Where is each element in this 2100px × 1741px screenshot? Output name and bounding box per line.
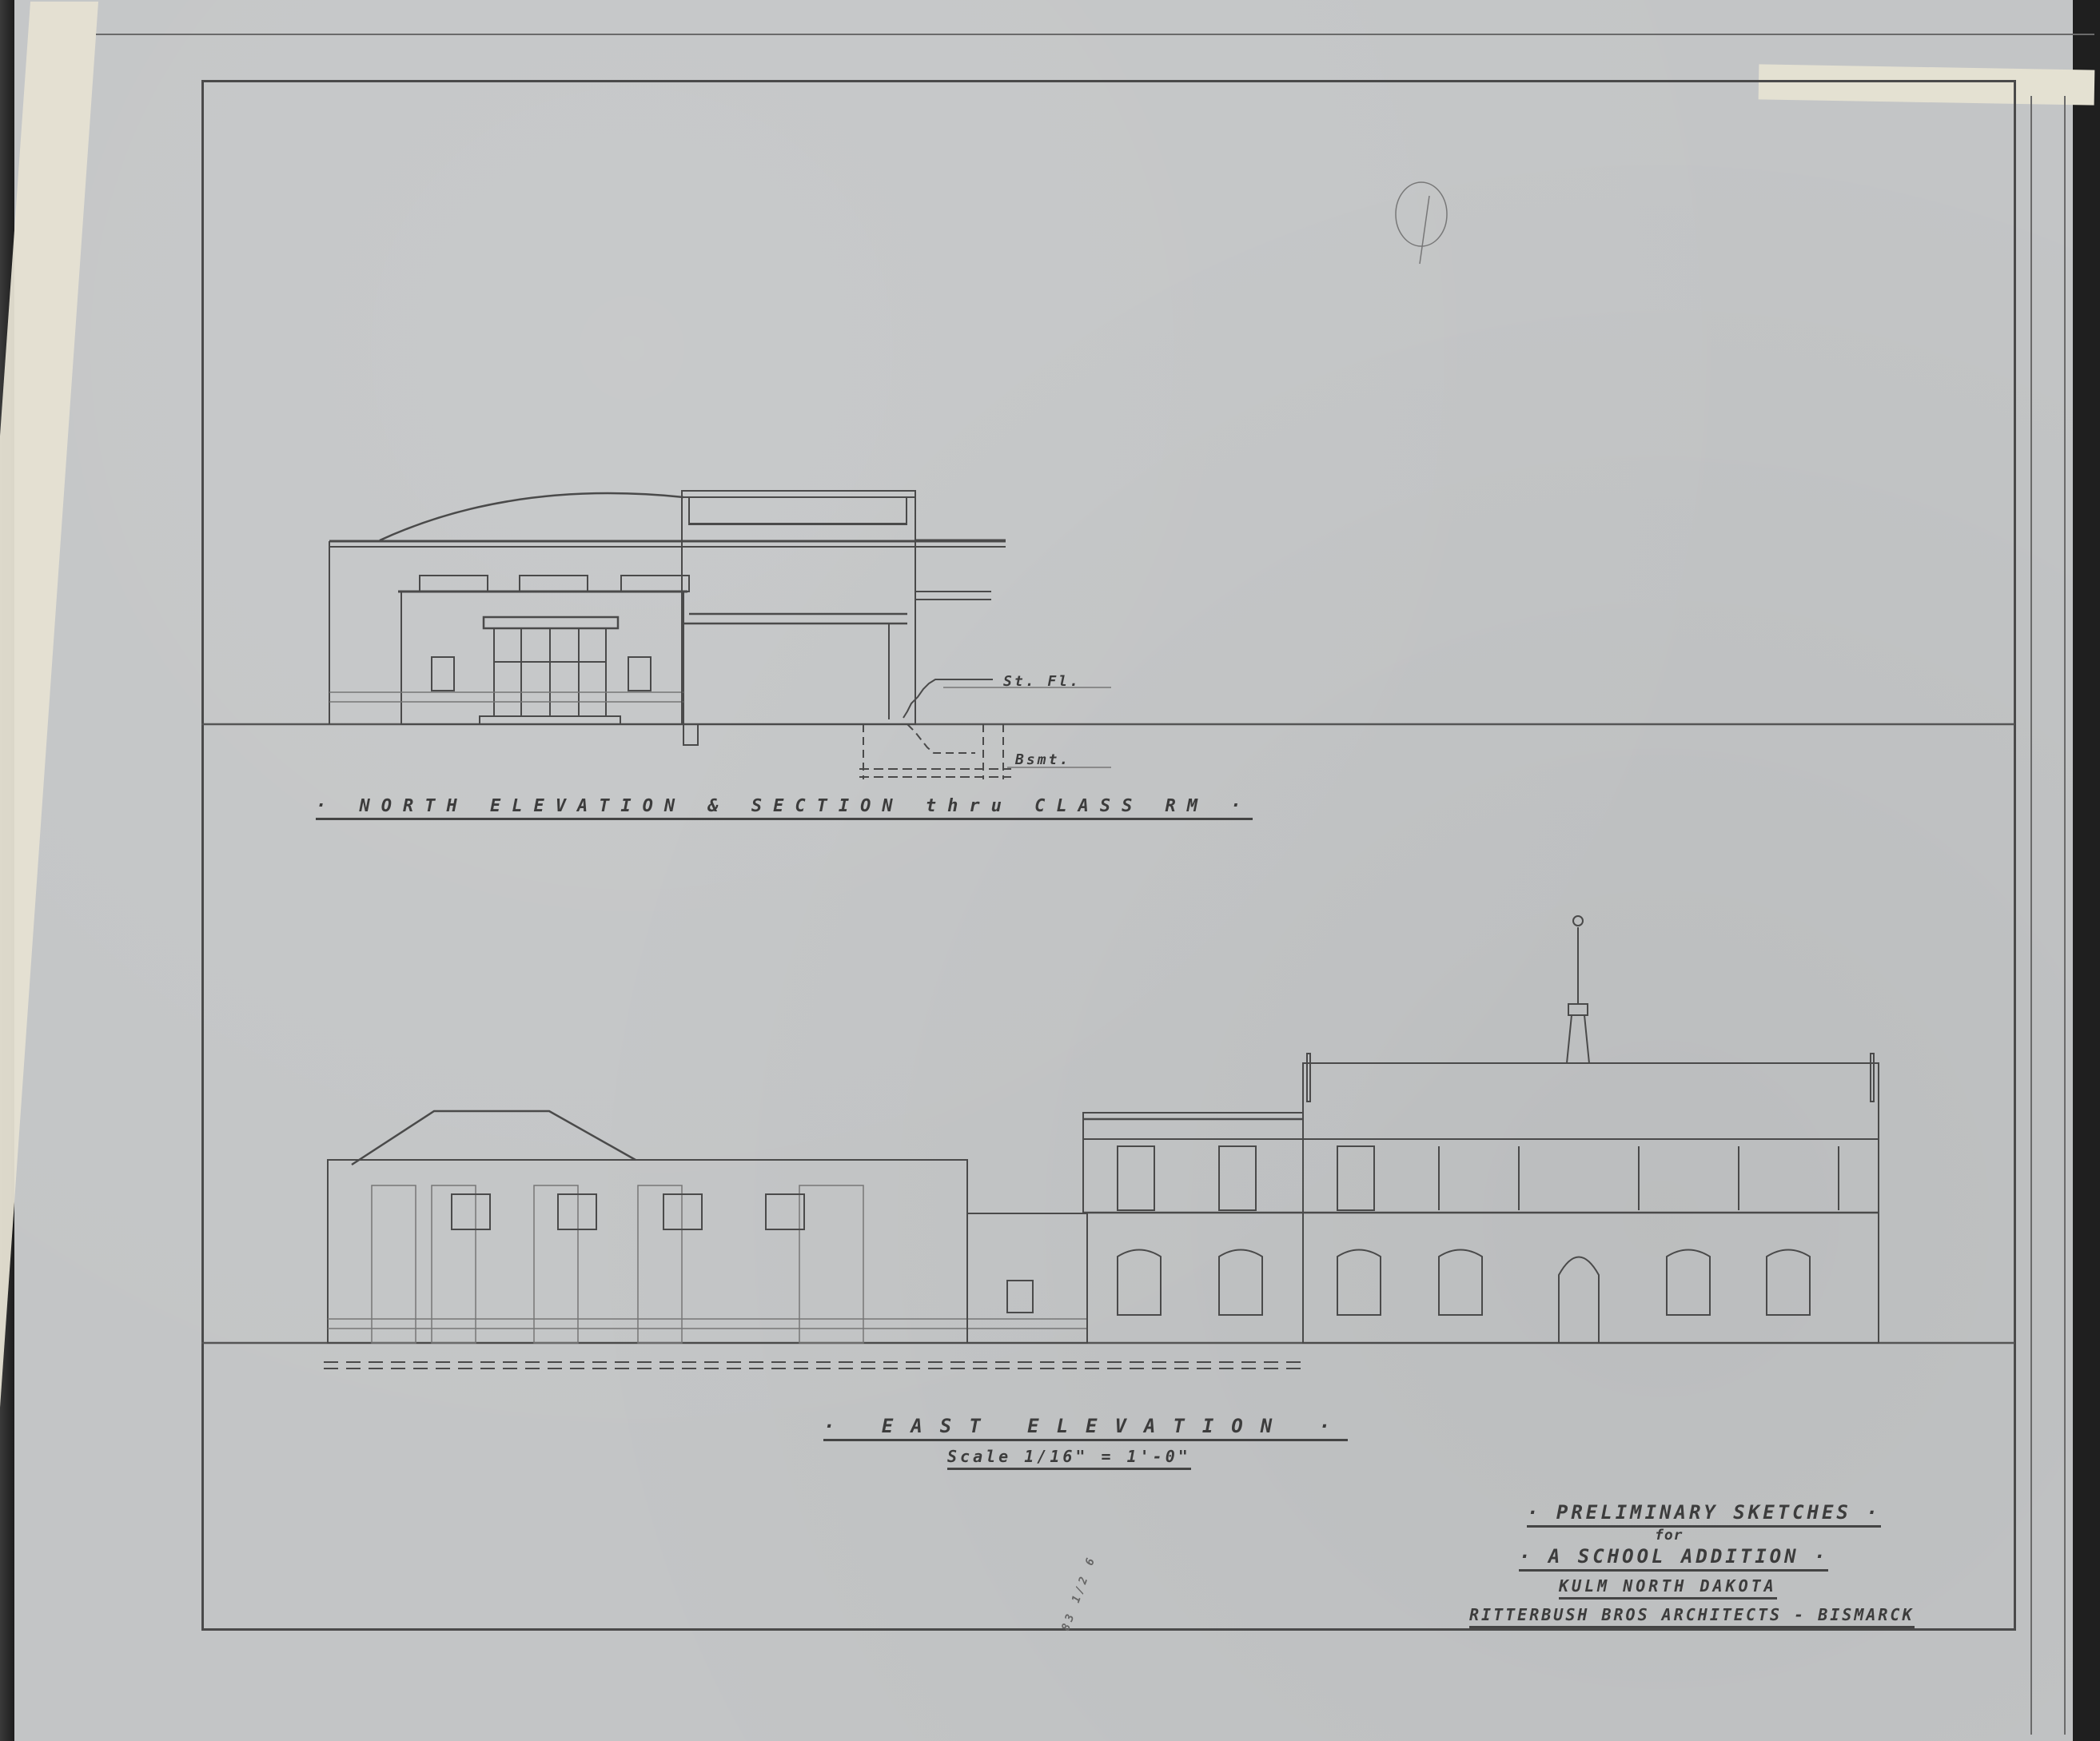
east-elevation bbox=[201, 916, 2014, 1368]
title-line-4: KULM NORTH DAKOTA bbox=[1559, 1576, 1777, 1600]
title-line-1: · PRELIMINARY SKETCHES · bbox=[1527, 1501, 1881, 1528]
cupola bbox=[1567, 916, 1589, 1063]
architectural-drawing bbox=[0, 0, 2100, 1741]
scale-label: Scale 1/16" = 1'-0" bbox=[947, 1447, 1191, 1470]
north-elevation-title: · NORTH ELEVATION & SECTION thru CLASS R… bbox=[316, 796, 1253, 820]
basement-label: Bsmt. bbox=[1015, 751, 1070, 768]
gym-windows bbox=[452, 1194, 804, 1229]
title-line-5: RITTERBUSH BROS ARCHITECTS - BISMARCK bbox=[1469, 1605, 1915, 1628]
north-elevation bbox=[201, 491, 2014, 779]
first-floor-label: St. Fl. bbox=[1003, 673, 1081, 690]
circle-mark-icon bbox=[1396, 182, 1447, 264]
title-line-3: · A SCHOOL ADDITION · bbox=[1519, 1545, 1828, 1572]
arched-windows bbox=[1118, 1250, 1810, 1344]
title-line-2: for bbox=[1655, 1527, 1684, 1544]
east-elevation-title: · EAST ELEVATION · bbox=[823, 1415, 1348, 1441]
